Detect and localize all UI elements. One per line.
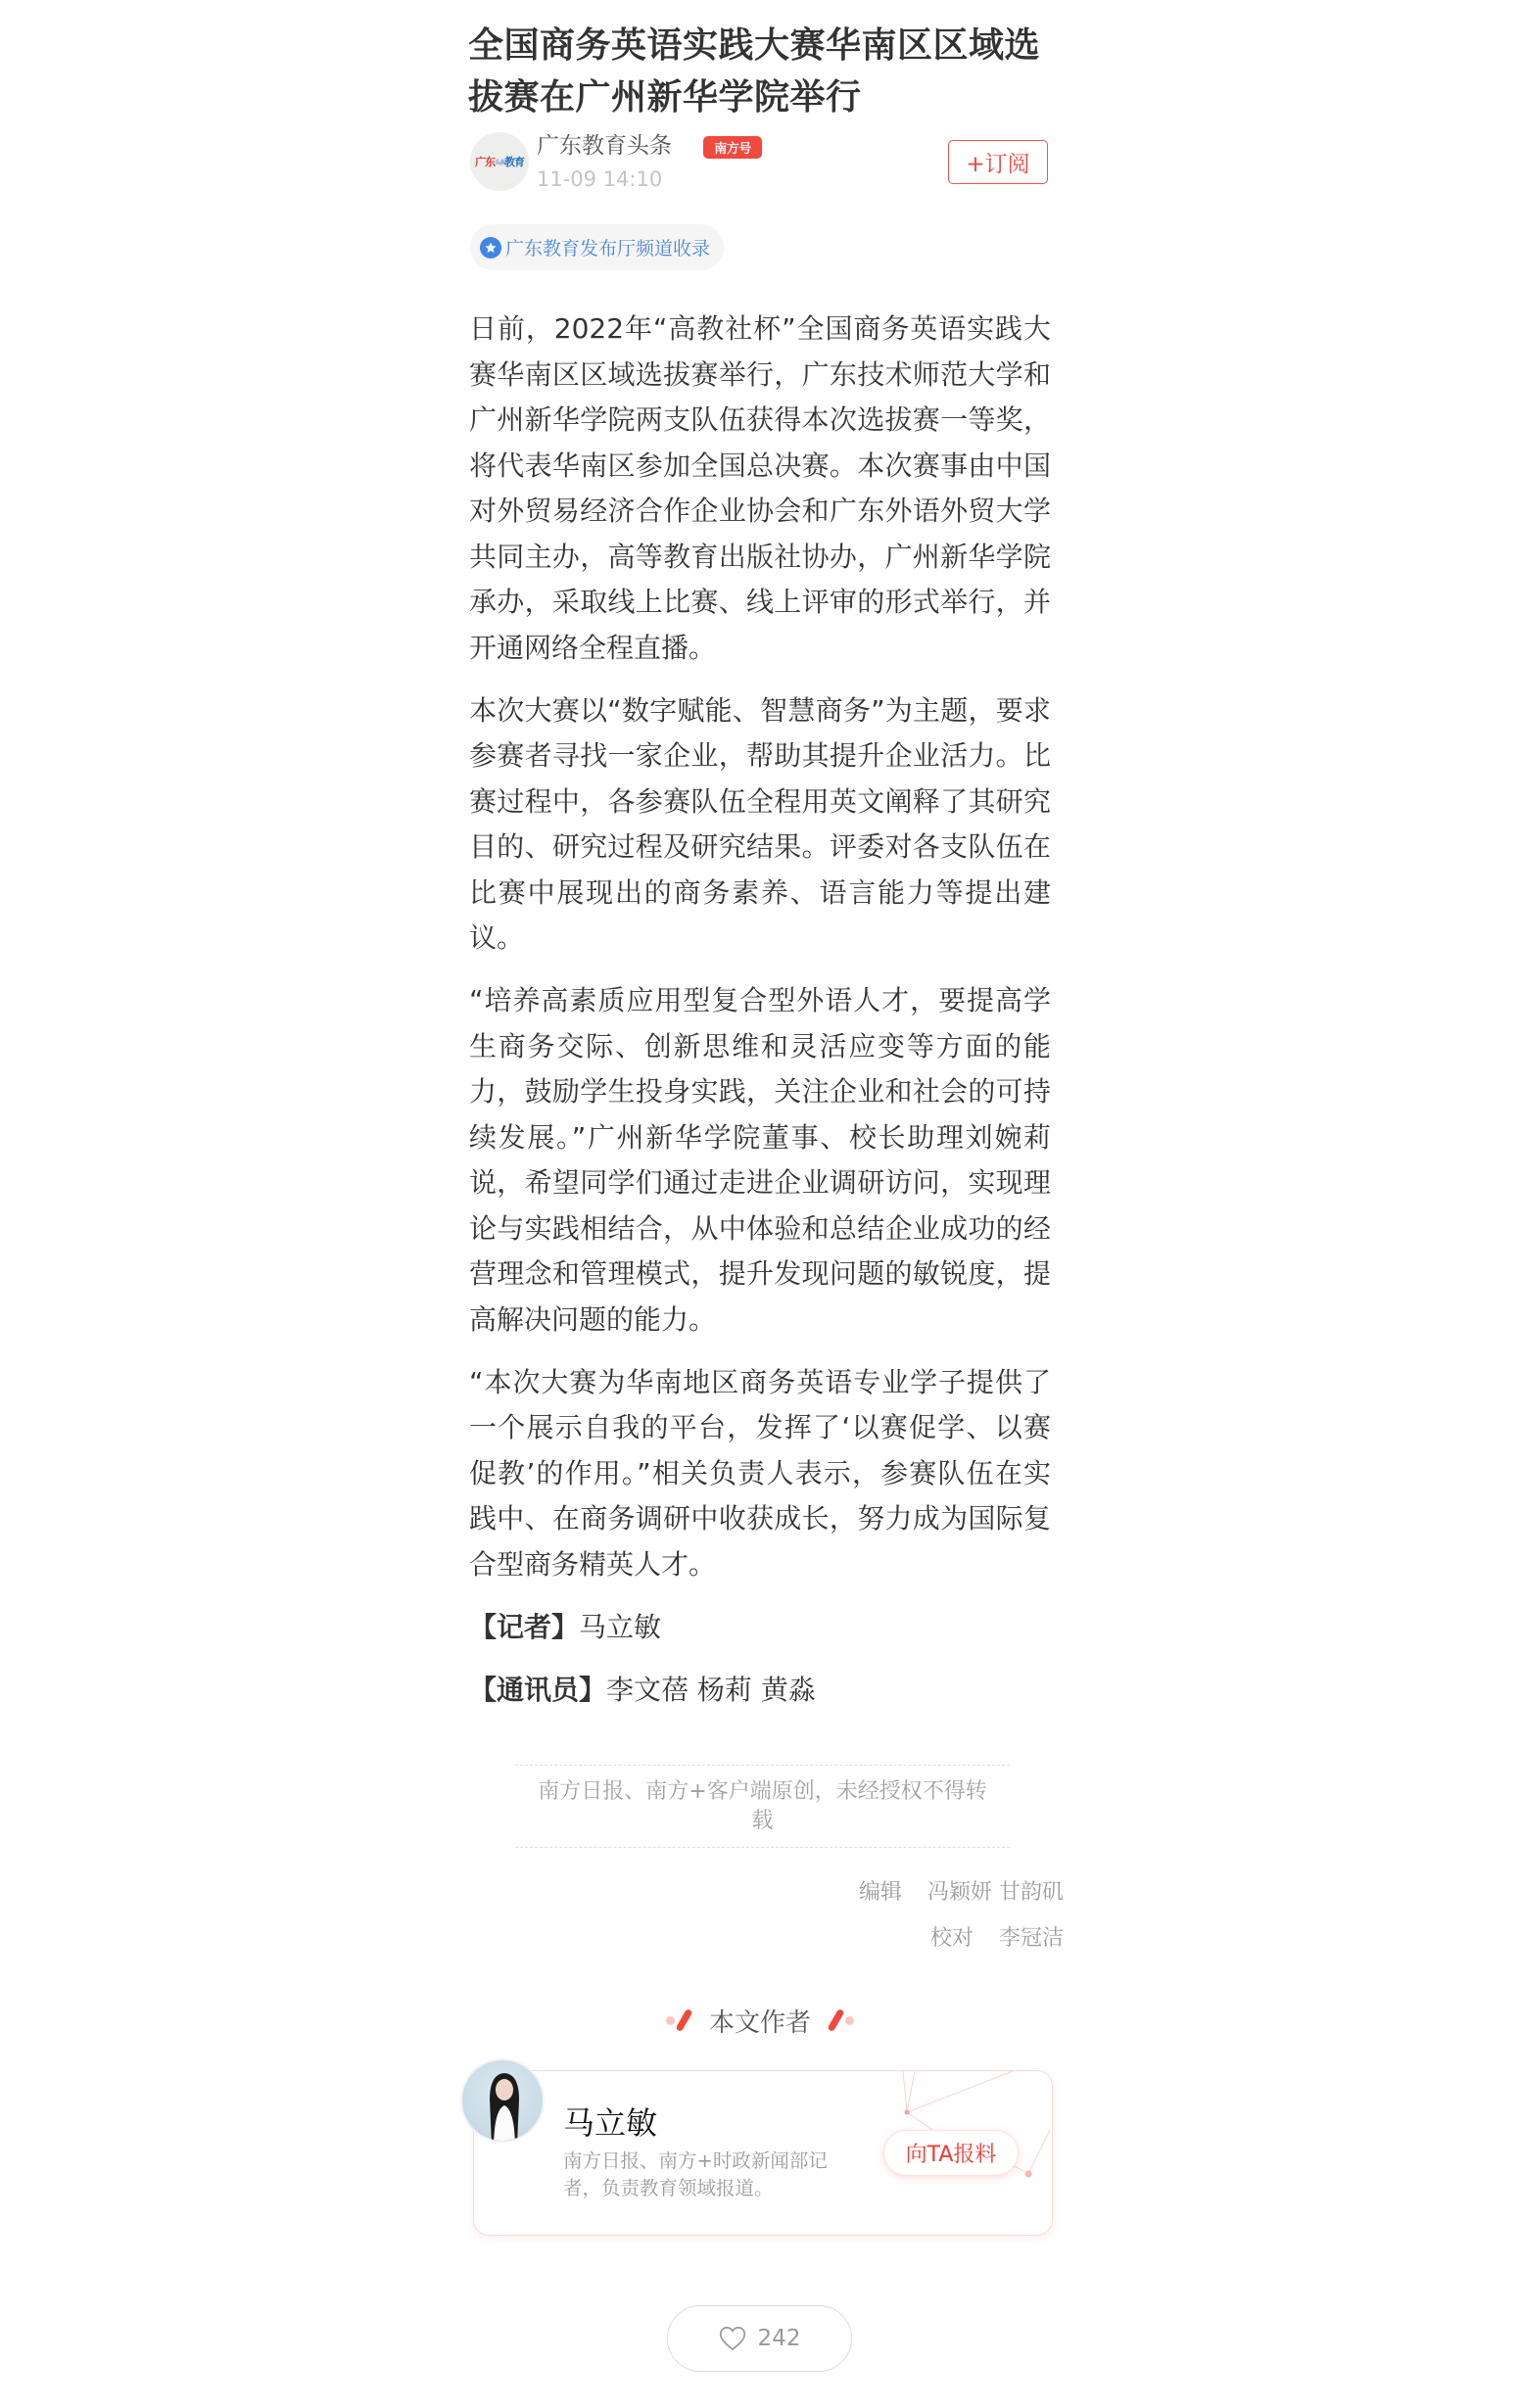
author-avatar[interactable] xyxy=(460,2058,545,2143)
like-button[interactable]: 242 xyxy=(667,2305,852,2372)
subscribe-button[interactable]: +订阅 xyxy=(948,140,1048,184)
article-paragraph: “培养高素质应用型复合型外语人才，要提高学生商务交际、创新思维和灵活应变等方面的… xyxy=(469,978,1051,1343)
source-logo-small: 头条 xyxy=(495,158,504,166)
author-heading-text: 本文作者 xyxy=(709,2003,811,2039)
author-description: 南方日报、南方+时政新闻部记者，负责教育领域报道。 xyxy=(563,2148,847,2202)
channel-chip-label: 广东教育发布厅频道收录 xyxy=(505,234,710,260)
source-avatar[interactable]: 广东头条教育 xyxy=(470,132,529,191)
author-photo-icon xyxy=(462,2060,545,2143)
proof-names: 李冠洁 xyxy=(999,1926,1064,1951)
reporter-label: 【记者】 xyxy=(469,1611,579,1643)
proof-label: 校对 xyxy=(930,1926,974,1951)
editor-label: 编辑 xyxy=(859,1880,902,1905)
copyright-text: 南方日报、南方+客户端原创，未经授权不得转载 xyxy=(535,1777,990,1836)
report-tip-button[interactable]: 向TA报料 xyxy=(883,2130,1019,2176)
channel-chip[interactable]: 广东教育发布厅频道收录 xyxy=(470,224,724,270)
article-body: 日前，2022年“高教社杯”全国商务英语实践大赛华南区区域选拔赛举行，广东技术师… xyxy=(469,307,1051,1731)
editor-line: 编辑冯颖妍 甘韵矶 xyxy=(859,1875,1064,1906)
author-name[interactable]: 马立敏 xyxy=(563,2103,657,2143)
article-paragraph: 日前，2022年“高教社杯”全国商务英语实践大赛华南区区域选拔赛举行，广东技术师… xyxy=(469,307,1051,671)
article-paragraph: “本次大赛为华南地区商务英语专业学子提供了一个展示自我的平台，发挥了‘以赛促学、… xyxy=(469,1360,1051,1588)
heading-decoration-left-icon xyxy=(666,2008,688,2032)
correspondent-names: 李文蓓 杨莉 黄淼 xyxy=(606,1674,816,1706)
correspondent-credit: 【通讯员】李文蓓 杨莉 黄淼 xyxy=(469,1668,1051,1714)
article-title: 全国商务英语实践大赛华南区区域选拔赛在广州新华学院举行 xyxy=(468,20,1056,123)
star-icon xyxy=(480,237,501,259)
source-logo-blue: 教育 xyxy=(504,154,524,169)
heart-icon xyxy=(719,2326,746,2351)
proofreader-line: 校对李冠洁 xyxy=(930,1921,1064,1952)
source-logo-red: 广东 xyxy=(475,154,495,169)
heading-decoration-right-icon xyxy=(832,2008,854,2032)
editor-names: 冯颖妍 甘韵矶 xyxy=(927,1880,1064,1905)
reporter-credit: 【记者】马立敏 xyxy=(469,1605,1051,1651)
like-count: 242 xyxy=(758,2326,801,2351)
publish-time: 11-09 14:10 xyxy=(537,165,662,193)
source-name[interactable]: 广东教育头条 xyxy=(537,131,672,161)
reporter-name: 马立敏 xyxy=(579,1611,661,1643)
source-badge: 南方号 xyxy=(703,136,762,159)
copyright-notice: 南方日报、南方+客户端原创，未经授权不得转载 xyxy=(515,1765,1010,1848)
author-section-heading: 本文作者 xyxy=(0,2004,1520,2037)
correspondent-label: 【通讯员】 xyxy=(469,1674,606,1706)
article-paragraph: 本次大赛以“数字赋能、智慧商务”为主题，要求参赛者寻找一家企业，帮助其提升企业活… xyxy=(469,688,1051,962)
